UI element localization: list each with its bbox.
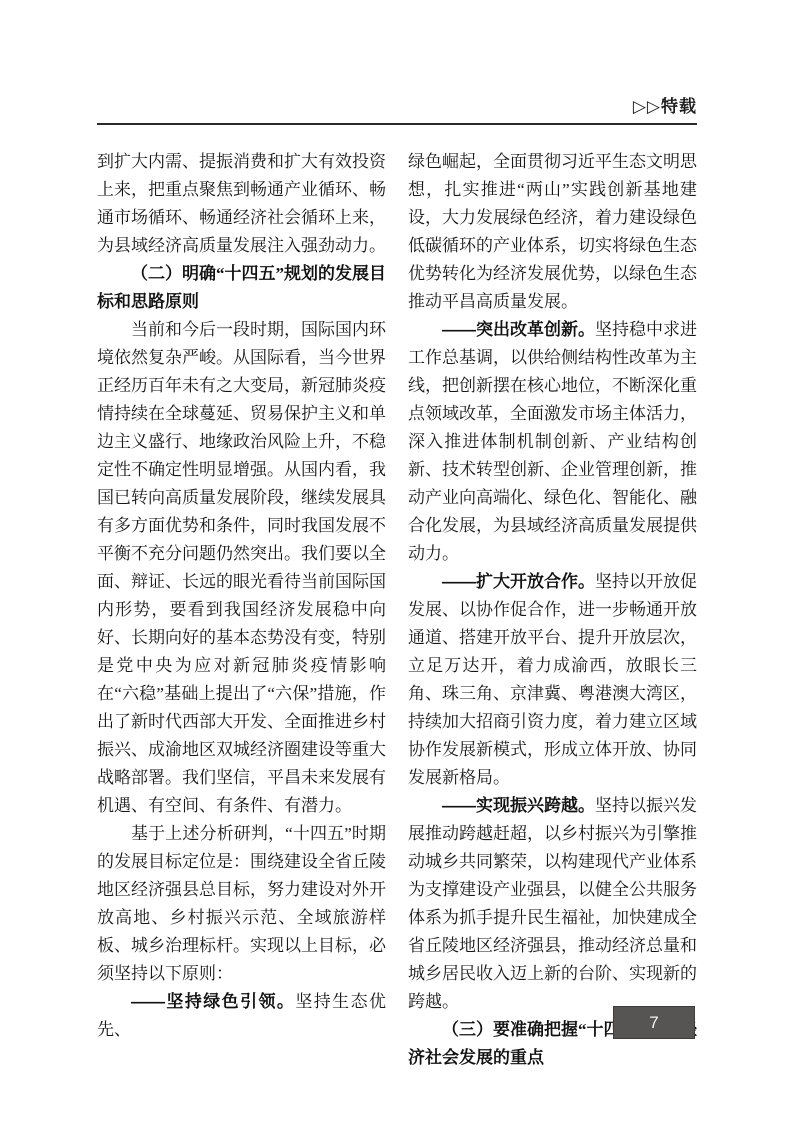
principle-lead: ——突出改革创新。	[442, 320, 595, 339]
principle-lead: ——实现振兴跨越。	[442, 796, 595, 815]
principle-text: 坚持稳中求进工作总基调，以供给侧结构性改革为主线，把创新摆在核心地位，不断深化重…	[408, 320, 697, 563]
principle-lead: ——坚持绿色引领。	[131, 992, 295, 1011]
principle-text: 坚持以振兴发展推动跨越赶超，以乡村振兴为引擎推动城乡共同繁荣，以构建现代产业体系…	[408, 796, 697, 1011]
section-heading-2: （二）明确“十四五”规划的发展目标和思路原则	[97, 260, 386, 316]
two-column-body: 到扩大内需、提振消费和扩大有效投资上来，把重点聚焦到畅通产业循环、畅通市场循环、…	[97, 148, 697, 1072]
section-header-label: ▷▷特载	[97, 92, 697, 125]
principle-lead: ——扩大开放合作。	[442, 572, 595, 591]
paragraph-principle: ——实现振兴跨越。坚持以振兴发展推动跨越赶超，以乡村振兴为引擎推动城乡共同繁荣，…	[408, 792, 697, 1016]
paragraph-principle: ——扩大开放合作。坚持以开放促发展、以协作促合作，进一步畅通开放通道、搭建开放平…	[408, 568, 697, 792]
paragraph-principle: ——坚持绿色引领。坚持生态优先、	[97, 988, 386, 1044]
page-number: 7	[649, 1013, 658, 1033]
paragraph-continuation: 绿色崛起，全面贯彻习近平生态文明思想，扎实推进“两山”实践创新基地建设，大力发展…	[408, 148, 697, 316]
paragraph: 基于上述分析研判，“十四五”时期的发展目标定位是：围绕建设全省丘陵地区经济强县总…	[97, 820, 386, 988]
right-column: 绿色崛起，全面贯彻习近平生态文明思想，扎实推进“两山”实践创新基地建设，大力发展…	[408, 148, 697, 1072]
left-column: 到扩大内需、提振消费和扩大有效投资上来，把重点聚焦到畅通产业循环、畅通市场循环、…	[97, 148, 386, 1072]
paragraph: 当前和今后一段时期，国际国内环境依然复杂严峻。从国际看，当今世界正经历百年未有之…	[97, 316, 386, 820]
page-number-badge: 7	[613, 1006, 695, 1039]
paragraph-principle: ——突出改革创新。坚持稳中求进工作总基调，以供给侧结构性改革为主线，把创新摆在核…	[408, 316, 697, 568]
page-content: ▷▷特载 到扩大内需、提振消费和扩大有效投资上来，把重点聚焦到畅通产业循环、畅通…	[97, 92, 697, 1072]
paragraph-continuation: 到扩大内需、提振消费和扩大有效投资上来，把重点聚焦到畅通产业循环、畅通市场循环、…	[97, 148, 386, 260]
magazine-page: ▷▷特载 到扩大内需、提振消费和扩大有效投资上来，把重点聚焦到畅通产业循环、畅通…	[0, 0, 793, 1122]
principle-text: 坚持以开放促发展、以协作促合作，进一步畅通开放通道、搭建开放平台、提升开放层次，…	[408, 572, 697, 787]
